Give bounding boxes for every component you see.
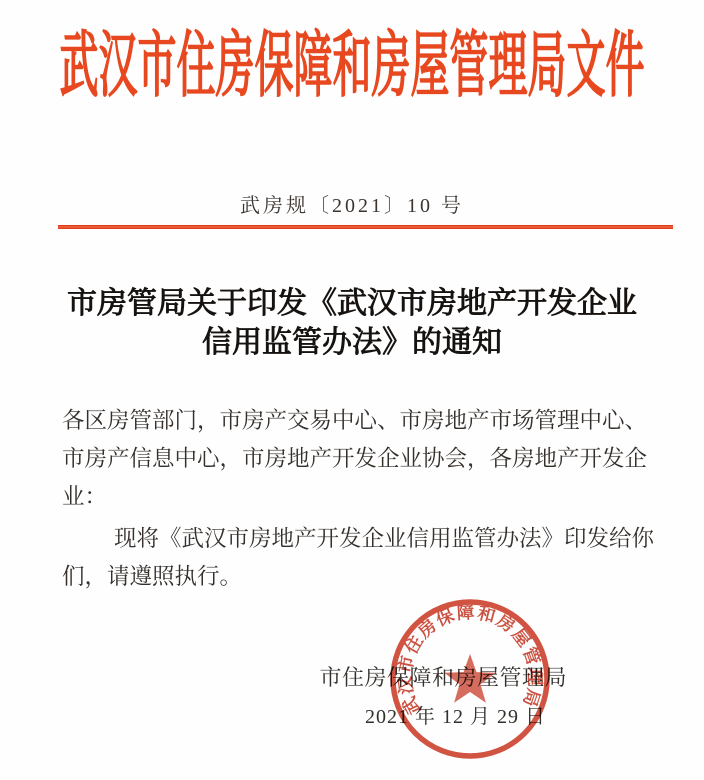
document-title: 市房管局关于印发《武汉市房地产开发企业 信用监管办法》的通知 — [0, 284, 704, 362]
body-line: 业： — [62, 478, 654, 516]
red-separator-line — [58, 225, 673, 229]
seal-star-icon — [444, 654, 495, 703]
doc-reference-number: 武房规〔2021〕10 号 — [0, 189, 704, 218]
document-title-line2: 信用监管办法》的通知 — [0, 323, 704, 362]
document-page: 武汉市住房保障和房屋管理局文件 武房规〔2021〕10 号 市房管局关于印发《武… — [0, 0, 704, 780]
official-seal-graphic: 武汉市住房保障和房屋管理局 — [380, 589, 560, 769]
letterhead-banner: 武汉市住房保障和房屋管理局文件 — [0, 31, 704, 103]
body-line: 各区房管部门，市房产交易中心、市房地产市场管理中心、 — [62, 402, 654, 440]
document-title-line1: 市房管局关于印发《武汉市房地产开发企业 — [0, 284, 704, 323]
body-paragraphs: 各区房管部门，市房产交易中心、市房地产市场管理中心、 市房产信息中心，市房地产开… — [62, 402, 654, 596]
body-line: 们，请遵照执行。 — [62, 558, 654, 596]
body-line: 市房产信息中心，市房地产开发企业协会，各房地产开发企 — [62, 440, 654, 478]
body-line: 现将《武汉市房地产开发企业信用监管办法》印发给你 — [62, 520, 654, 558]
official-seal: 武汉市住房保障和房屋管理局 — [380, 589, 560, 769]
